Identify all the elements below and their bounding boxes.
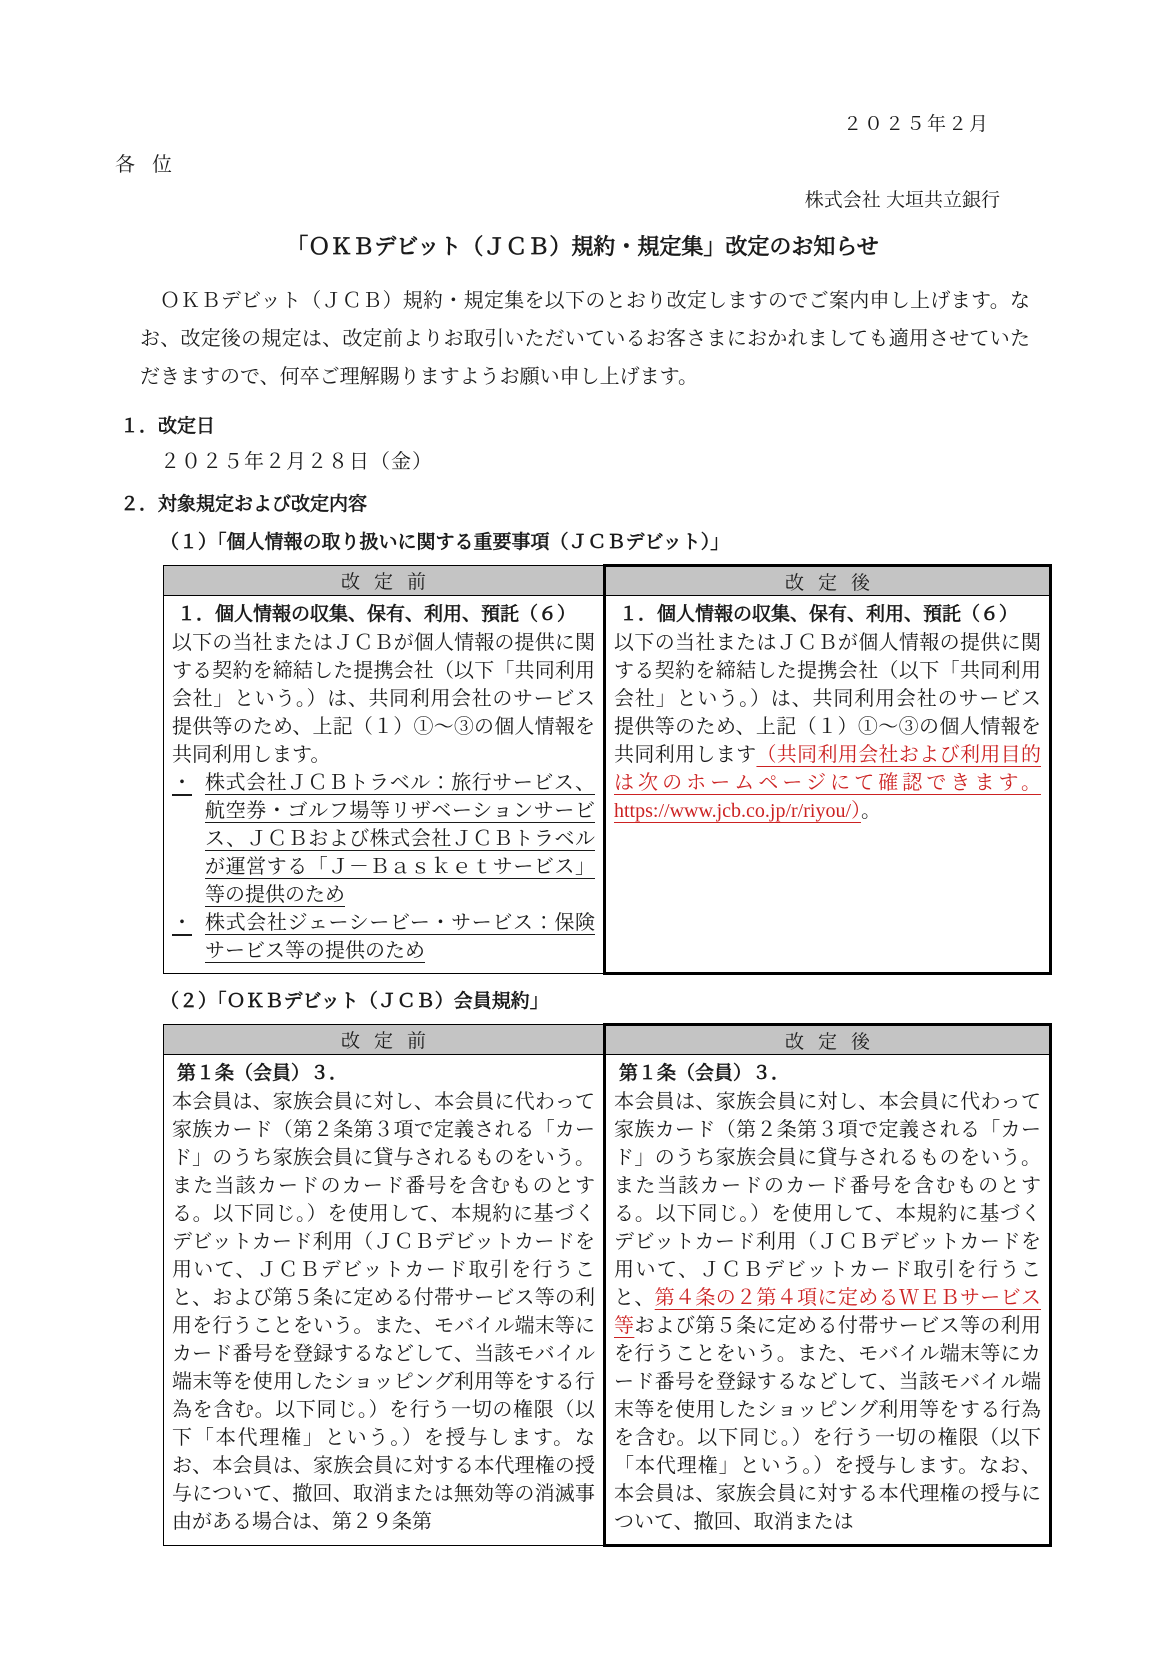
- comparison-table-member-rules: 改定前 改定後 第１条（会員）３． 本会員は、家族会員に対し、本会員に代わって家…: [163, 1023, 1052, 1547]
- clause-heading: 第１条（会員）３．: [172, 1060, 595, 1088]
- revision-date-value: ２０２５年２月２８日（金）: [160, 448, 1050, 476]
- table-header-row: 改定前 改定後: [164, 1025, 1051, 1055]
- bullet-text: 株式会社ＪＣＢトラベル：旅行サービス、航空券・ゴルフ場等リザベーションサービス、…: [205, 769, 595, 909]
- section-revision-contents-heading: ２．対象規定および改定内容: [120, 492, 1050, 518]
- bullet-text: 株式会社ジェーシービー・サービス：保険サービス等の提供のため: [205, 909, 595, 965]
- clause-heading: １．個人情報の収集、保有、利用、預託（６）: [172, 601, 595, 629]
- table-header-row: 改定前 改定後: [164, 566, 1051, 596]
- issuer-company: 株式会社 大垣共立銀行: [115, 188, 1000, 214]
- table-body-row: 第１条（会員）３． 本会員は、家族会員に対し、本会員に代わって家族カード（第２条…: [164, 1055, 1051, 1546]
- column-header-before: 改定前: [164, 566, 605, 596]
- doc-title: 「ＯＫＢデビット（ＪＣＢ）規約・規定集」改定のお知らせ: [115, 232, 1050, 262]
- list-item-jcb-service: ・株式会社ジェーシービー・サービス：保険サービス等の提供のため: [172, 909, 595, 965]
- clause-text: 本会員は、家族会員に対し、本会員に代わって家族カード（第２条第３項で定義される「…: [172, 1088, 595, 1536]
- table-body-row: １．個人情報の収集、保有、利用、預託（６） 以下の当社またはＪＣＢが個人情報の提…: [164, 596, 1051, 974]
- clause-text: 以下の当社またはＪＣＢが個人情報の提供に関する契約を締結した提携会社（以下「共同…: [172, 629, 595, 769]
- bullet-mark: ・: [172, 769, 205, 909]
- section-revision-date-heading: １．改定日: [120, 414, 1050, 440]
- before-cell-member-rules: 第１条（会員）３． 本会員は、家族会員に対し、本会員に代わって家族カード（第２条…: [164, 1055, 605, 1546]
- clause-heading: 第１条（会員）３．: [614, 1060, 1041, 1088]
- before-cell-privacy: １．個人情報の収集、保有、利用、預託（６） 以下の当社またはＪＣＢが個人情報の提…: [164, 596, 605, 974]
- column-header-after: 改定後: [605, 1025, 1051, 1055]
- column-header-after: 改定後: [605, 566, 1051, 596]
- subsection-member-rules-heading: （２）「ＯＫＢデビット（ＪＣＢ）会員規約」: [160, 989, 1050, 1015]
- after-cell-privacy: １．個人情報の収集、保有、利用、預託（６） 以下の当社またはＪＣＢが個人情報の提…: [605, 596, 1051, 974]
- clause-text-segment: 。: [861, 800, 881, 822]
- subsection-privacy-heading: （１）「個人情報の取り扱いに関する重要事項（ＪＣＢデビット）」: [160, 530, 1050, 556]
- after-cell-member-rules: 第１条（会員）３． 本会員は、家族会員に対し、本会員に代わって家族カード（第２条…: [605, 1055, 1051, 1546]
- addressee: 各 位: [115, 152, 1050, 178]
- list-item-jcb-travel: ・株式会社ＪＣＢトラベル：旅行サービス、航空券・ゴルフ場等リザベーションサービス…: [172, 769, 595, 909]
- bullet-mark: ・: [172, 909, 205, 965]
- intro-paragraph: ＯＫＢデビット（ＪＣＢ）規約・規定集を以下のとおり改定しますのでご案内申し上げま…: [140, 282, 1030, 396]
- column-header-before: 改定前: [164, 1025, 605, 1055]
- notice-document: ２０２５年２月 各 位 株式会社 大垣共立銀行 「ＯＫＢデビット（ＪＣＢ）規約・…: [0, 0, 1170, 1547]
- clause-text: 本会員は、家族会員に対し、本会員に代わって家族カード（第２条第３項で定義される「…: [614, 1088, 1041, 1536]
- clause-heading: １．個人情報の収集、保有、利用、預託（６）: [614, 601, 1041, 629]
- clause-text-segment: 本会員は、家族会員に対し、本会員に代わって家族カード（第２条第３項で定義される「…: [614, 1091, 1041, 1309]
- comparison-table-privacy: 改定前 改定後 １．個人情報の収集、保有、利用、預託（６） 以下の当社またはＪＣ…: [163, 564, 1052, 975]
- doc-date: ２０２５年２月: [115, 112, 990, 138]
- clause-text: 以下の当社またはＪＣＢが個人情報の提供に関する契約を締結した提携会社（以下「共同…: [614, 629, 1041, 825]
- clause-text-segment: および第５条に定める付帯サービス等の利用を行うことをいう。また、モバイル端末等に…: [614, 1315, 1041, 1533]
